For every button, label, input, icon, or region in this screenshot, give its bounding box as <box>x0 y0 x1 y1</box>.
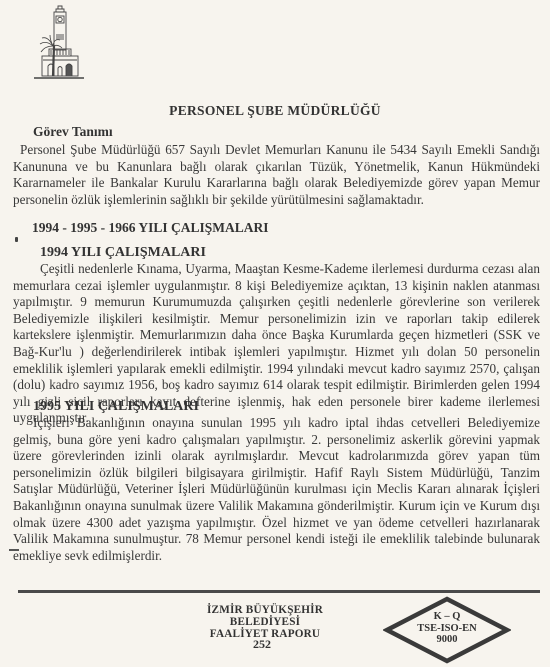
footer-org-line1: İZMİR BÜYÜKŞEHİR BELEDİYESİ <box>175 604 355 628</box>
margin-mark <box>9 549 19 551</box>
page-title: PERSONEL ŞUBE MÜDÜRLÜĞÜ <box>0 103 550 119</box>
quality-badge: K – Q TSE-ISO-EN 9000 <box>383 611 511 646</box>
badge-line3: 9000 <box>383 634 511 646</box>
footer-rule <box>18 590 540 593</box>
page-number: 252 <box>253 637 271 652</box>
gorev-paragraph: Personel Şube Müdürlüğü 657 Sayılı Devle… <box>13 142 540 208</box>
clock-tower-logo-icon <box>20 2 92 82</box>
badge-line1: K – Q <box>383 611 511 623</box>
section-heading-gorev: Görev Tanımı <box>33 124 113 140</box>
section-heading-1995: 1995 YILI ÇALIŞMALARI <box>33 399 199 415</box>
bullet-mark <box>15 237 18 242</box>
section-heading-1994: 1994 YILI ÇALIŞMALARI <box>40 245 206 261</box>
main-heading: 1994 - 1995 - 1966 YILI ÇALIŞMALARI <box>32 220 269 236</box>
paragraph-1995: İçişleri Bakanlığının onayına sunulan 19… <box>13 415 540 564</box>
badge-line2: TSE-ISO-EN <box>383 623 511 635</box>
document-page: PERSONEL ŞUBE MÜDÜRLÜĞÜ Görev Tanımı Per… <box>0 0 550 667</box>
footer-organization: İZMİR BÜYÜKŞEHİR BELEDİYESİ FAALİYET RAP… <box>175 604 355 640</box>
